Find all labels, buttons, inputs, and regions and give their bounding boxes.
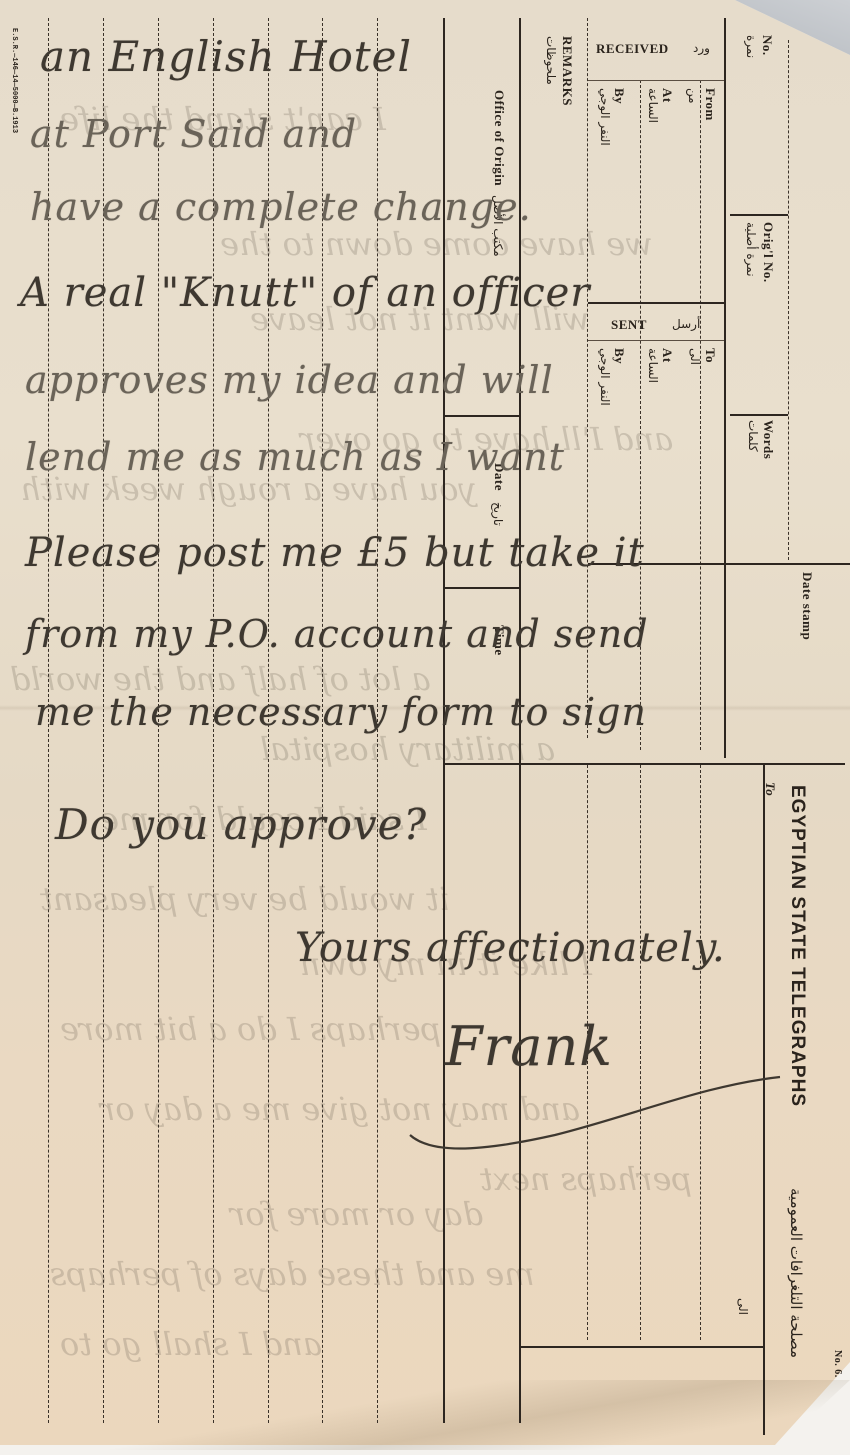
remarks-label: REMARKS [559, 36, 575, 106]
at-sent-label-ar: الساعة [646, 348, 660, 383]
date-divider [445, 415, 519, 417]
show-through-line: me and these days of perhaps [50, 1255, 535, 1293]
no-label-ar: نمرة [744, 35, 758, 58]
letter-line: Do you approve? [55, 800, 427, 849]
letter-line: from my P.O. account and send [25, 612, 649, 656]
from-label: From [702, 88, 718, 121]
received-divider [588, 80, 724, 81]
show-through-line: perhaps I do a bit more [60, 1010, 441, 1048]
print-code: E.S.R.—146—14—5000—B.1913 [10, 28, 18, 133]
sent-divider [588, 340, 724, 341]
orig-no-divider [730, 214, 788, 216]
words-label-ar: كلمات [746, 420, 760, 452]
at-label: At [659, 88, 675, 103]
words-divider [730, 414, 788, 416]
bottom-box-rule [520, 1346, 763, 1348]
rule-line [724, 18, 726, 758]
at-sent-label: At [659, 348, 675, 363]
show-through-line: and I shall go to [60, 1325, 322, 1363]
show-through-line: perhaps next [480, 1160, 692, 1198]
orig-no-label: Orig'l No. [760, 222, 776, 283]
to-sent-label-ar: الى [688, 348, 702, 365]
rule-line [640, 765, 641, 1340]
brand-title-ar: مصلحة التلغرافات العمومية [787, 1188, 805, 1358]
sent-label-ar: أرسل [672, 317, 700, 331]
to-section-rule [445, 763, 845, 765]
to-sent-label: To [702, 348, 718, 363]
from-label-ar: من [686, 88, 700, 104]
sent-top-rule [588, 302, 724, 304]
office-of-origin-label: Office of Origin [491, 90, 507, 186]
letter-line: at Port Said and [30, 112, 357, 156]
date-label-ar: تاريخ [491, 502, 505, 526]
rule-line [700, 80, 701, 750]
letter-closing: Yours affectionately. [295, 925, 726, 971]
sent-label: SENT [611, 317, 647, 333]
letter-line: A real "Knutt" of an officer [20, 270, 590, 316]
received-label-ar: ورد [693, 41, 710, 55]
paper-shadow [0, 1380, 850, 1450]
signature-flourish [405, 1065, 785, 1155]
remarks-label-ar: ملحوظات [544, 36, 558, 85]
show-through-line: it would be very pleasant [40, 880, 449, 918]
date-stamp-label: Date stamp [799, 572, 815, 640]
words-label: Words [760, 420, 776, 459]
letter-line: an English Hotel [40, 32, 412, 81]
rule-line [788, 40, 789, 560]
no-label: No. [759, 35, 775, 56]
received-label: RECEIVED [596, 41, 669, 57]
letter-line: approves my idea and will [25, 358, 554, 402]
time-divider [445, 587, 519, 589]
by-label-ar: النفر الوجي [598, 88, 612, 146]
letter-line: me the necessary form to sign [35, 690, 647, 734]
form-number: No. 6. [832, 1350, 843, 1378]
by-sent-label-ar: النفر الوجي [598, 348, 612, 406]
by-sent-label: By [611, 348, 627, 364]
brand-title: EGYPTIAN STATE TELEGRAPHS [786, 785, 808, 1107]
rule-line [700, 765, 701, 1340]
letter-line: have a complete change. [30, 185, 532, 229]
at-label-ar: الساعة [646, 88, 660, 123]
orig-no-label-ar: نمرة أصلية [744, 222, 758, 277]
to-label: To [762, 782, 778, 796]
letter-line: Please post me £5 but take it [25, 530, 645, 576]
by-label: By [611, 88, 627, 104]
to-label-ar: الى [736, 1298, 750, 1315]
letter-line: lend me as much as I want [25, 435, 565, 479]
